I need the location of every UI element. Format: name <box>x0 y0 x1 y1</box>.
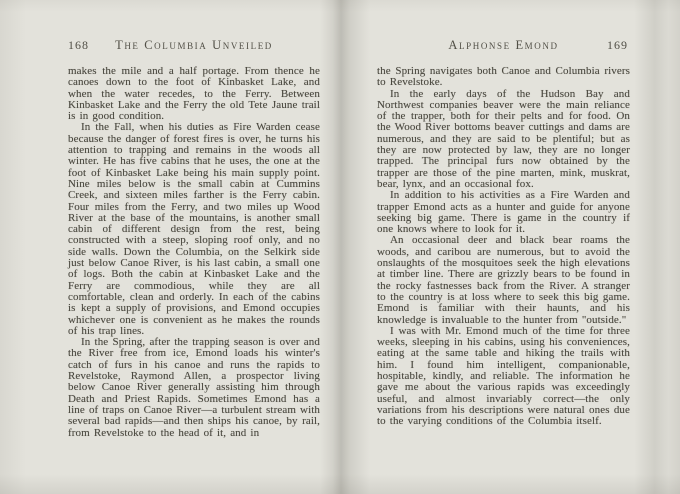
right-page-body: the Spring navigates both Canoe and Colu… <box>377 66 630 428</box>
paragraph: I was with Mr. Emond much of the time fo… <box>377 326 630 428</box>
paragraph: In addition to his activities as a Fire … <box>377 190 630 235</box>
gutter-shadow <box>320 0 370 494</box>
left-page: 168 The Columbia Unveiled makes the mile… <box>68 38 320 439</box>
left-page-header: 168 The Columbia Unveiled <box>68 38 320 53</box>
paragraph: In the early days of the Hudson Bay and … <box>377 89 630 191</box>
right-page-header: Alphonse Emond 169 <box>377 38 630 53</box>
right-page-number: 169 <box>607 38 628 53</box>
top-edge-shade <box>0 0 680 12</box>
paragraph: the Spring navigates both Canoe and Colu… <box>377 66 630 89</box>
bottom-edge-shade <box>0 474 680 494</box>
paragraph: An occasional deer and black bear roams … <box>377 235 630 325</box>
left-edge-shade <box>0 0 26 494</box>
paragraph: In the Spring, after the trapping season… <box>68 337 320 439</box>
right-page: Alphonse Emond 169 the Spring navigates … <box>377 38 630 428</box>
paragraph: makes the mile and a half portage. From … <box>68 66 320 122</box>
book-spread-scan: 168 The Columbia Unveiled makes the mile… <box>0 0 680 494</box>
left-page-body: makes the mile and a half portage. From … <box>68 66 320 439</box>
right-running-header: Alphonse Emond <box>448 38 558 52</box>
right-page-edge-shadow <box>634 0 680 494</box>
paragraph: In the Fall, when his duties as Fire War… <box>68 122 320 337</box>
left-running-header: The Columbia Unveiled <box>115 38 273 52</box>
left-page-number: 168 <box>68 38 89 53</box>
